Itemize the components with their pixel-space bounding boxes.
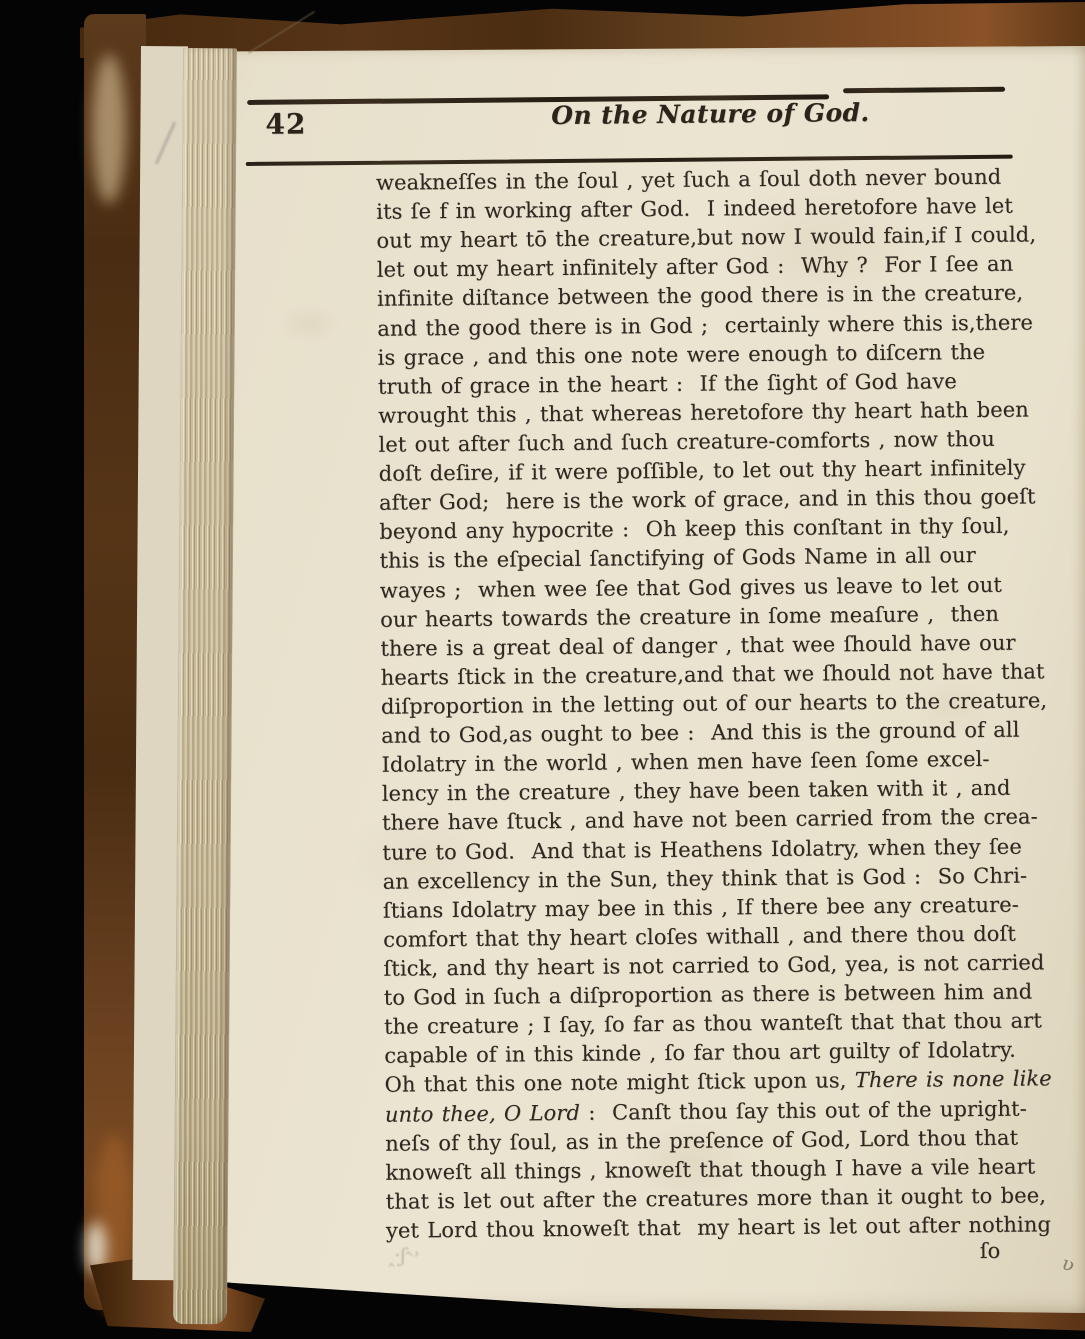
text-segment: this is the eſpecial ſanctifying of Gods… — [379, 543, 975, 573]
text-segment: and the good there is in God ; certainly… — [377, 310, 1033, 340]
text-segment: knoweſt all things , knoweſt that though… — [385, 1154, 1035, 1184]
text-segment: our hearts towards the creature in ſome … — [380, 601, 999, 631]
text-segment: that is let out after the creatures more… — [386, 1183, 1046, 1213]
text-segment: to God in ſuch a diſproportion as there … — [384, 980, 1033, 1010]
text-segment: infinite diſtance between the good there… — [377, 281, 1023, 311]
header-rule-top-right — [843, 87, 1005, 94]
text-segment: : Canſt thou ſay this out of the upright… — [580, 1096, 1027, 1124]
text-segment: capable of in this kinde , ſo far thou a… — [384, 1038, 1016, 1068]
text-segment: wayes ; when wee ſee that God gives us l… — [380, 572, 1002, 602]
text-segment: ſtians Idolatry may bee in this , If the… — [383, 892, 1019, 922]
text-segment: and to God,as ought to bee : And this is… — [381, 718, 1019, 748]
page-content: 42 On the Nature of God. weakneſſes in t… — [245, 78, 1052, 1306]
leather-wear-patch — [92, 54, 126, 204]
page-number: 42 — [265, 107, 306, 140]
text-segment: beyond any hypocrite : Oh keep this conſ… — [379, 514, 1009, 544]
text-segment: truth of grace in the heart : If the ſig… — [378, 369, 957, 399]
text-segment: ture to God. And that is Heathens Idolat… — [382, 834, 1022, 864]
text-segment: is grace , and this one note were enough… — [377, 340, 985, 370]
text-segment: the creature ; I ſay, ſo far as thou wan… — [384, 1009, 1042, 1039]
text-segment: hearts ſtick in the creature,and that we… — [381, 659, 1045, 689]
body-text: weakneſſes in the ſoul , yet ſuch a ſoul… — [376, 162, 1058, 1245]
text-segment: its ſe f in working after God. I indeed … — [376, 194, 1013, 224]
page-edges-stack — [173, 48, 237, 1324]
text-segment: comfort that thy heart cloſes withall , … — [383, 921, 1016, 951]
text-segment: wrought this , that whereas heretofore t… — [378, 397, 1029, 427]
text-segment: neſs of thy ſoul, as in the preſence of … — [385, 1125, 1018, 1155]
text-segment: doſt deſire, if it were poſſible, to let… — [379, 456, 1026, 486]
text-segment: diſproportion in the letting out of our … — [381, 688, 1047, 718]
text-segment: there have ſtuck , and have not been car… — [382, 805, 1038, 835]
text-segment: there is a great deal of danger , that w… — [380, 630, 1015, 660]
text-segment: Idolatry in the world , when men have ſe… — [381, 747, 989, 777]
text-segment: lency in the creature , they have been t… — [382, 776, 1011, 806]
text-segment: let out my heart infinitely after God : … — [377, 252, 1014, 282]
italic-text-segment: There is none like — [855, 1067, 1052, 1093]
italic-text-segment: unto thee, O Lord — [385, 1100, 580, 1126]
text-segment: out my heart tō the creature,but now I w… — [376, 223, 1036, 253]
text-segment: let out after ſuch and ſuch creature-com… — [378, 427, 995, 457]
running-title: On the Nature of God. — [551, 98, 831, 130]
text-segment: weakneſſes in the ſoul , yet ſuch a ſoul… — [376, 165, 1002, 195]
text-segment: an excellency in the Sun, they think tha… — [383, 863, 1028, 893]
text-segment: after God; here is the work of grace, an… — [379, 485, 1036, 515]
photo-background: 42 On the Nature of God. weakneſſes in t… — [0, 0, 1085, 1339]
text-segment: Oh that this one note might ſtick upon u… — [384, 1069, 854, 1098]
show-through-mark: ‸·ʃ˞˒ — [388, 1241, 509, 1269]
text-segment: ſtick, and thy heart is not carried to G… — [383, 950, 1044, 980]
